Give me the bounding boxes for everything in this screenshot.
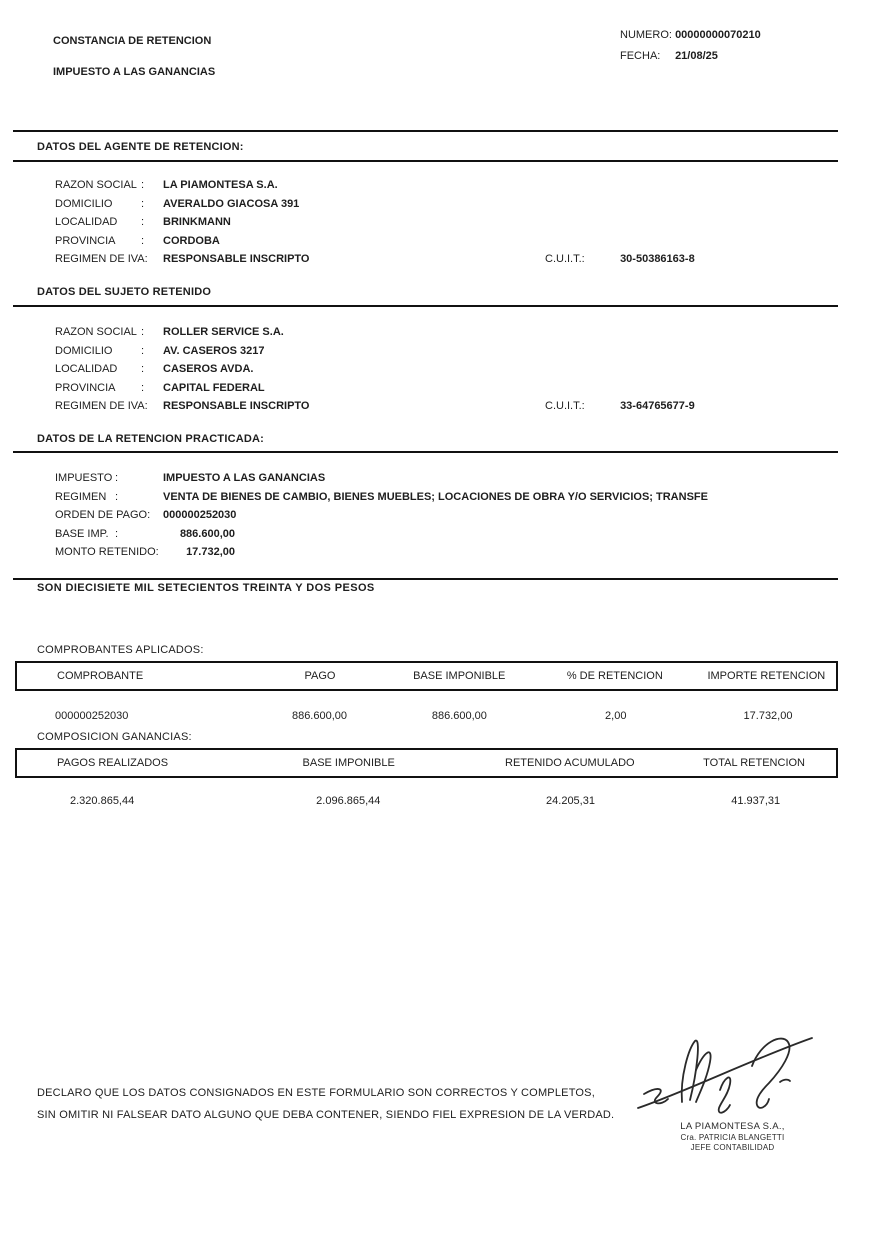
- field-row-provincia: PROVINCIA: CAPITAL FEDERAL: [55, 382, 845, 401]
- signature-block: [630, 1028, 825, 1123]
- document-title: CONSTANCIA DE RETENCION: [53, 35, 211, 47]
- divider: [13, 130, 838, 132]
- cuit-value: 30-50386163-8: [620, 253, 695, 265]
- divider: [13, 451, 838, 453]
- field-row-orden-de-pago: ORDEN DE PAGO: 000000252030: [55, 509, 845, 528]
- field-row-razon-social: RAZON SOCIAL: ROLLER SERVICE S.A.: [55, 326, 845, 345]
- agent-fields: RAZON SOCIAL: LA PIAMONTESA S.A. DOMICIL…: [55, 179, 845, 272]
- field-colon: :: [141, 326, 144, 338]
- fecha-label: FECHA:: [620, 50, 672, 62]
- composicion-table-label: COMPOSICION GANANCIAS:: [37, 731, 192, 743]
- col-header-total-retencion: TOTAL RETENCION: [672, 757, 836, 769]
- field-colon: :: [141, 382, 144, 394]
- fecha-row: FECHA: 21/08/25: [620, 50, 718, 62]
- field-label: RAZON SOCIAL: [55, 179, 141, 191]
- fecha-value: 21/08/25: [675, 50, 718, 62]
- field-label: PROVINCIA: [55, 382, 141, 394]
- numero-row: NUMERO: 00000000070210: [620, 29, 761, 41]
- field-label: IMPUESTO: [55, 472, 115, 484]
- divider: [13, 305, 838, 307]
- field-label: REGIMEN DE IVA: [55, 400, 145, 412]
- field-label: ORDEN DE PAGO: [55, 509, 147, 521]
- field-row-regimen-iva: REGIMEN DE IVA: RESPONSABLE INSCRIPTO: [55, 400, 845, 419]
- stamp-signer-name: Cra. PATRICIA BLANGETTI: [645, 1133, 820, 1144]
- field-label: LOCALIDAD: [55, 363, 141, 375]
- col-header-pago: PAGO: [255, 670, 386, 682]
- field-value: RESPONSABLE INSCRIPTO: [163, 253, 310, 265]
- field-label: REGIMEN: [55, 491, 115, 503]
- field-colon: :: [115, 491, 118, 503]
- field-colon: :: [115, 472, 118, 484]
- col-header-importe-retencion: IMPORTE RETENCION: [697, 670, 836, 682]
- field-row-provincia: PROVINCIA: CORDOBA: [55, 235, 845, 254]
- field-value: AV. CASEROS 3217: [163, 345, 265, 357]
- field-label: DOMICILIO: [55, 198, 141, 210]
- cell-base-imponible: 2.096.865,44: [229, 795, 468, 807]
- field-row-localidad: LOCALIDAD: CASEROS AVDA.: [55, 363, 845, 382]
- field-value: CASEROS AVDA.: [163, 363, 253, 375]
- declaration-line-1: DECLARO QUE LOS DATOS CONSIGNADOS EN EST…: [37, 1087, 595, 1099]
- stamp-signer-title: JEFE CONTABILIDAD: [645, 1143, 820, 1154]
- field-label: LOCALIDAD: [55, 216, 141, 228]
- declaration-line-2: SIN OMITIR NI FALSEAR DATO ALGUNO QUE DE…: [37, 1109, 614, 1121]
- field-label: BASE IMP.: [55, 528, 115, 540]
- col-header-pagos-realizados: PAGOS REALIZADOS: [17, 757, 230, 769]
- field-colon: :: [156, 546, 159, 558]
- field-label: MONTO RETENIDO: [55, 546, 156, 558]
- field-row-localidad: LOCALIDAD: BRINKMANN: [55, 216, 845, 235]
- field-label: REGIMEN DE IVA: [55, 253, 145, 265]
- field-row-base-imp: BASE IMP.: 886.600,00: [55, 528, 845, 547]
- cell-pago: 886.600,00: [254, 710, 386, 722]
- section-title-retention: DATOS DE LA RETENCION PRACTICADA:: [37, 433, 264, 445]
- field-colon: :: [141, 216, 144, 228]
- divider: [13, 160, 838, 162]
- cuit-label: C.U.I.T.:: [545, 400, 617, 412]
- cell-base-imponible: 886.600,00: [385, 710, 533, 722]
- section-title-agent: DATOS DEL AGENTE DE RETENCION:: [37, 141, 244, 153]
- field-value: 000000252030: [163, 509, 236, 521]
- field-colon: :: [141, 363, 144, 375]
- cell-importe-retencion: 17.732,00: [698, 710, 838, 722]
- numero-value: 00000000070210: [675, 29, 761, 41]
- col-header-base-imponible: BASE IMPONIBLE: [230, 757, 468, 769]
- field-colon: :: [145, 253, 148, 265]
- cell-retenido-acumulado: 24.205,31: [468, 795, 674, 807]
- cell-pagos-realizados: 2.320.865,44: [15, 795, 229, 807]
- amount-in-words: SON DIECISIETE MIL SETECIENTOS TREINTA Y…: [37, 582, 375, 594]
- comprobantes-table-label: COMPROBANTES APLICADOS:: [37, 644, 204, 656]
- field-value: AVERALDO GIACOSA 391: [163, 198, 299, 210]
- cell-total-retencion: 41.937,31: [673, 795, 838, 807]
- field-row-regimen: REGIMEN: VENTA DE BIENES DE CAMBIO, BIEN…: [55, 491, 845, 510]
- field-value: 17.732,00: [163, 546, 235, 558]
- field-label: RAZON SOCIAL: [55, 326, 141, 338]
- field-colon: :: [147, 509, 150, 521]
- composicion-table-row: 2.320.865,44 2.096.865,44 24.205,31 41.9…: [15, 793, 838, 809]
- field-value: 886.600,00: [163, 528, 235, 540]
- field-value: BRINKMANN: [163, 216, 231, 228]
- cuit-label: C.U.I.T.:: [545, 253, 617, 265]
- col-header-pct-retencion: % DE RETENCION: [533, 670, 697, 682]
- field-row-domicilio: DOMICILIO: AV. CASEROS 3217: [55, 345, 845, 364]
- cell-pct-retencion: 2,00: [533, 710, 698, 722]
- field-row-impuesto: IMPUESTO: IMPUESTO A LAS GANANCIAS: [55, 472, 845, 491]
- col-header-comprobante: COMPROBANTE: [17, 670, 255, 682]
- stamp-company: LA PIAMONTESA S.A.,: [645, 1122, 820, 1133]
- retention-certificate-document: CONSTANCIA DE RETENCION IMPUESTO A LAS G…: [0, 0, 870, 1240]
- field-label: PROVINCIA: [55, 235, 141, 247]
- field-row-monto-retenido: MONTO RETENIDO: 17.732,00: [55, 546, 845, 565]
- field-value: CAPITAL FEDERAL: [163, 382, 265, 394]
- field-value: CORDOBA: [163, 235, 220, 247]
- field-row-domicilio: DOMICILIO: AVERALDO GIACOSA 391: [55, 198, 845, 217]
- field-colon: :: [115, 528, 118, 540]
- cell-comprobante: 000000252030: [15, 710, 254, 722]
- subject-cuit-row: C.U.I.T.: 33-64765677-9: [545, 400, 695, 412]
- composicion-table-header: PAGOS REALIZADOS BASE IMPONIBLE RETENIDO…: [15, 748, 838, 778]
- retention-fields: IMPUESTO: IMPUESTO A LAS GANANCIAS REGIM…: [55, 472, 845, 565]
- section-title-subject: DATOS DEL SUJETO RETENIDO: [37, 286, 211, 298]
- field-colon: :: [141, 345, 144, 357]
- col-header-retenido-acumulado: RETENIDO ACUMULADO: [467, 757, 672, 769]
- cuit-value: 33-64765677-9: [620, 400, 695, 412]
- comprobantes-table-row: 000000252030 886.600,00 886.600,00 2,00 …: [15, 708, 838, 724]
- field-label: DOMICILIO: [55, 345, 141, 357]
- field-value: VENTA DE BIENES DE CAMBIO, BIENES MUEBLE…: [163, 491, 708, 503]
- field-row-razon-social: RAZON SOCIAL: LA PIAMONTESA S.A.: [55, 179, 845, 198]
- field-row-regimen-iva: REGIMEN DE IVA: RESPONSABLE INSCRIPTO: [55, 253, 845, 272]
- field-colon: :: [141, 198, 144, 210]
- field-colon: :: [141, 179, 144, 191]
- field-colon: :: [145, 400, 148, 412]
- field-value: RESPONSABLE INSCRIPTO: [163, 400, 310, 412]
- field-value: ROLLER SERVICE S.A.: [163, 326, 284, 338]
- numero-label: NUMERO:: [620, 29, 672, 41]
- divider: [13, 578, 838, 580]
- col-header-base-imponible: BASE IMPONIBLE: [386, 670, 533, 682]
- document-subtitle: IMPUESTO A LAS GANANCIAS: [53, 66, 215, 78]
- handwritten-signature-icon: [630, 1028, 825, 1120]
- field-colon: :: [141, 235, 144, 247]
- agent-cuit-row: C.U.I.T.: 30-50386163-8: [545, 253, 695, 265]
- field-value: LA PIAMONTESA S.A.: [163, 179, 278, 191]
- signature-stamp-text: LA PIAMONTESA S.A., Cra. PATRICIA BLANGE…: [645, 1122, 820, 1154]
- subject-fields: RAZON SOCIAL: ROLLER SERVICE S.A. DOMICI…: [55, 326, 845, 419]
- comprobantes-table-header: COMPROBANTE PAGO BASE IMPONIBLE % DE RET…: [15, 661, 838, 691]
- field-value: IMPUESTO A LAS GANANCIAS: [163, 472, 325, 484]
